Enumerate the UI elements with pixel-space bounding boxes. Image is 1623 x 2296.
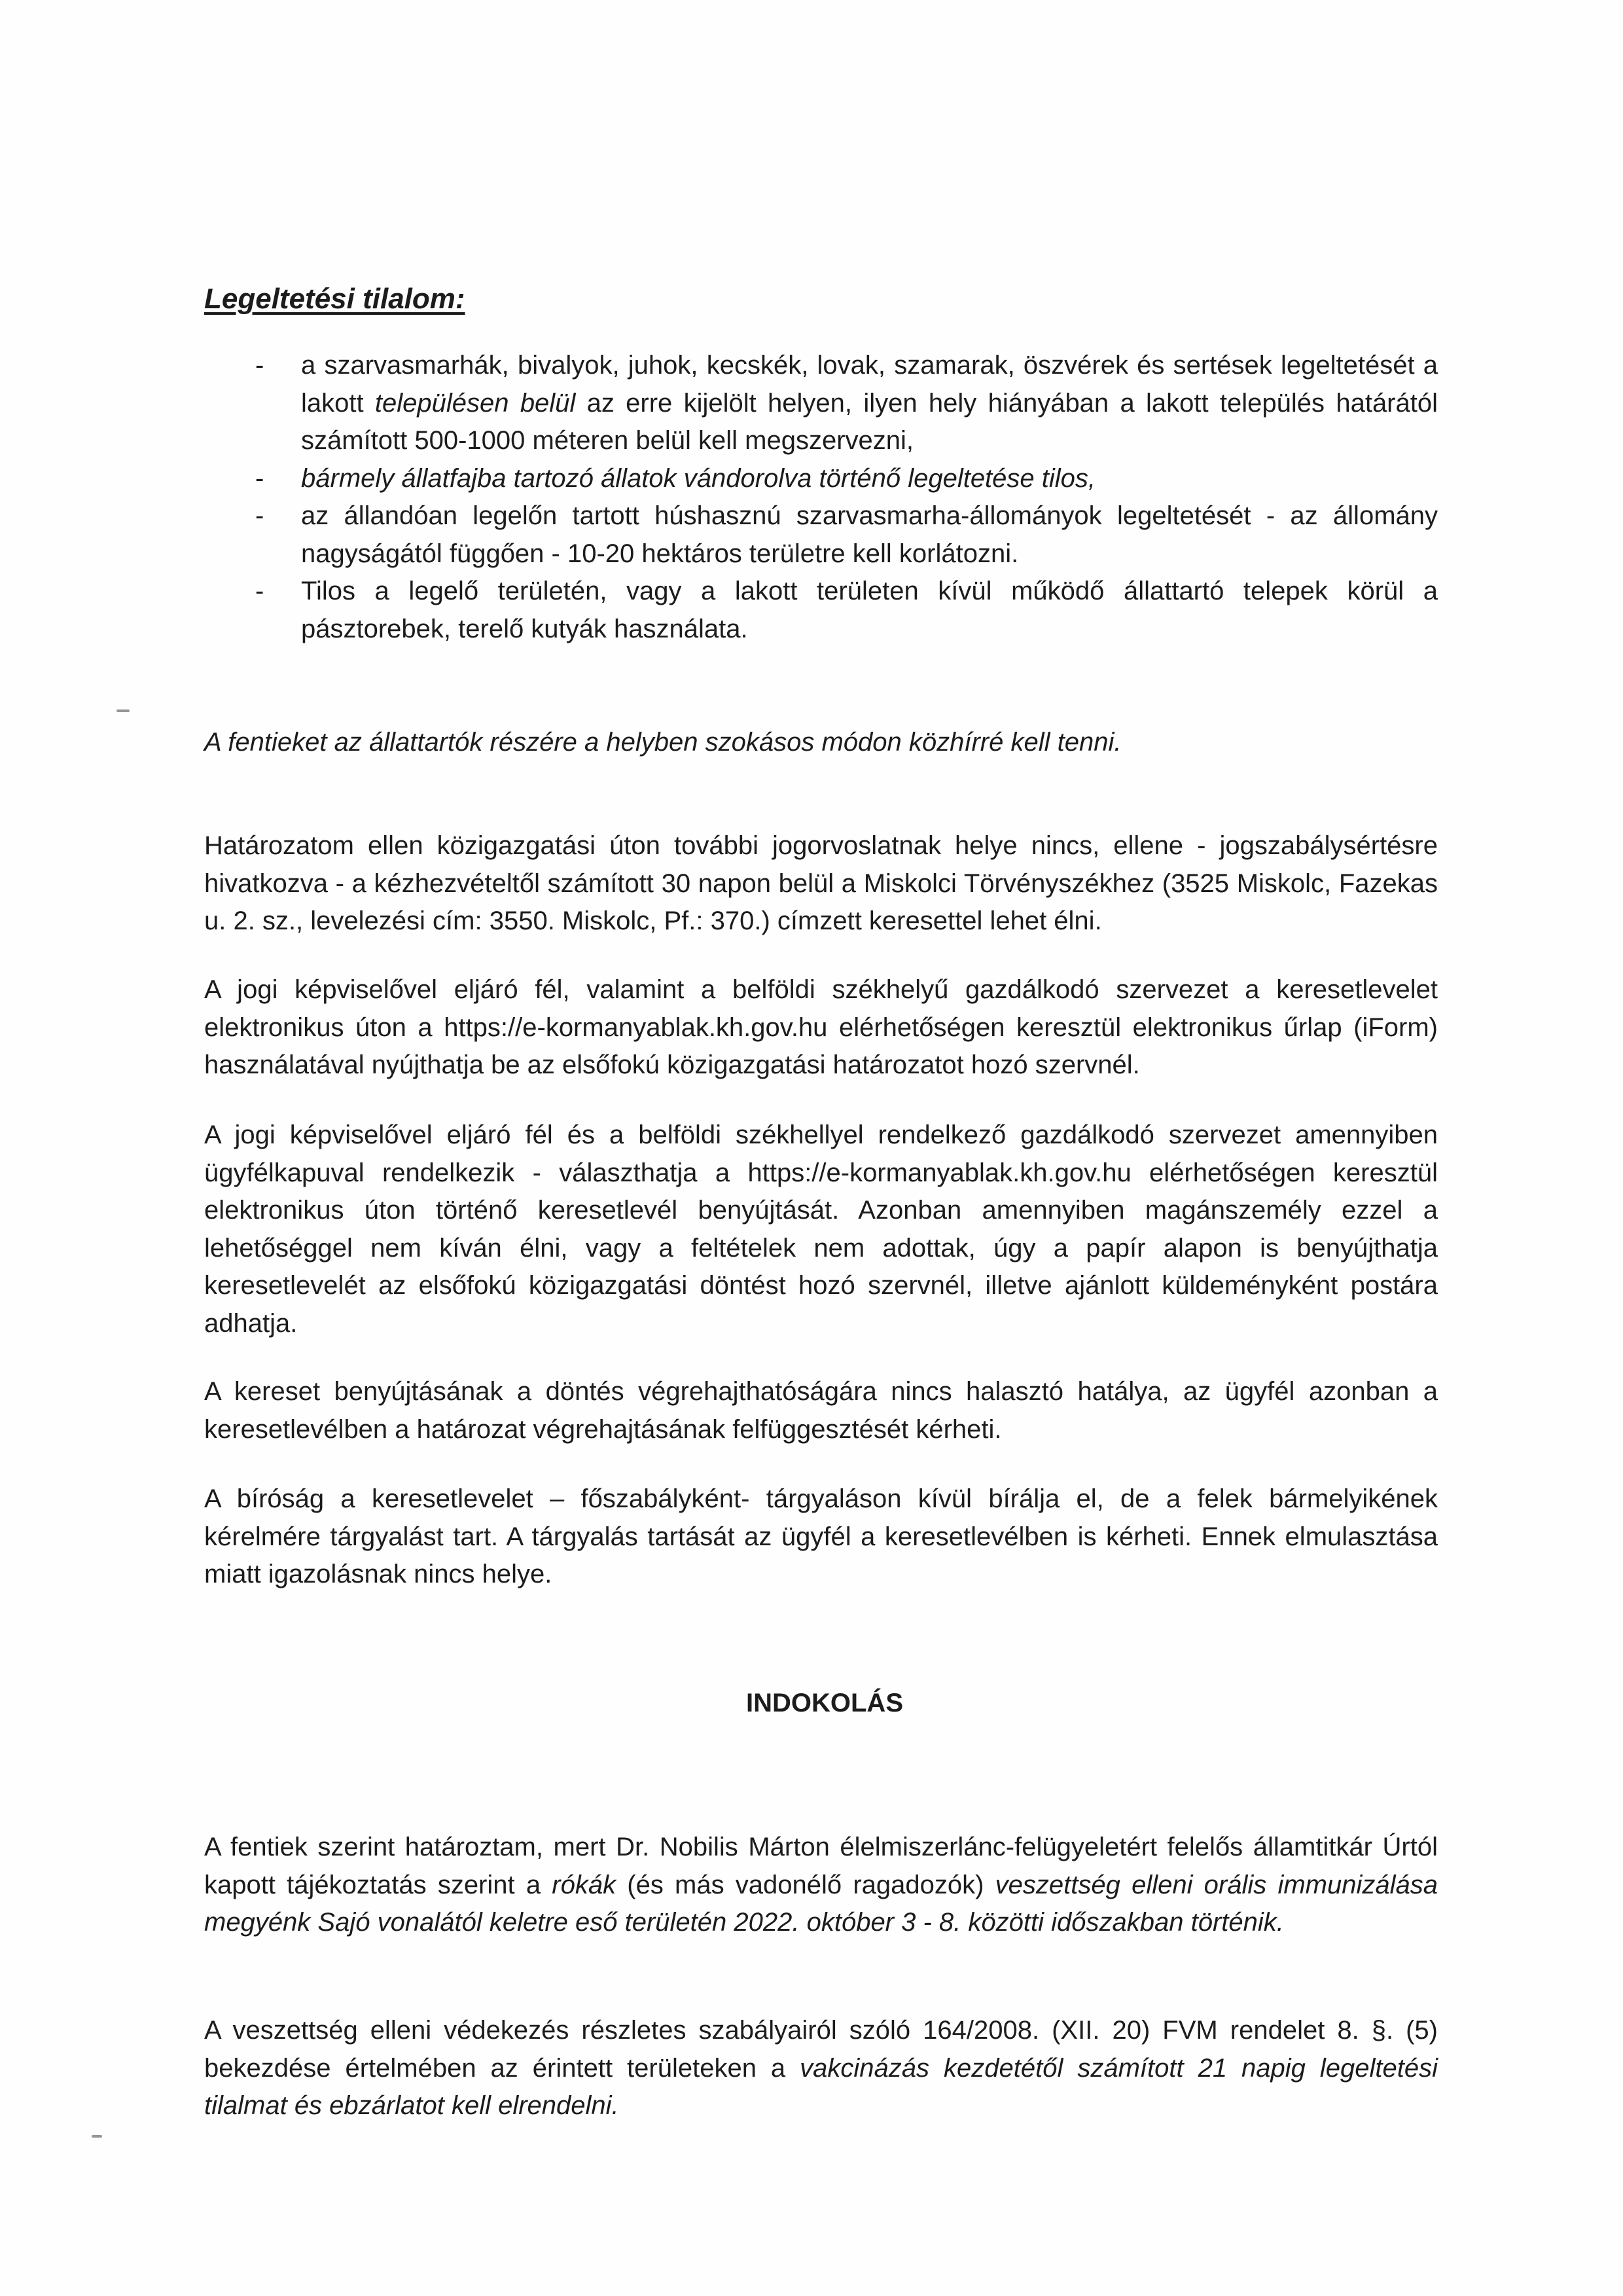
justification-paragraph-1: A fentiek szerint határoztam, mert Dr. N… xyxy=(204,1829,1438,1942)
grazing-rule-item: - az állandóan legelőn tartott húshasznú… xyxy=(204,497,1438,573)
dash-bullet-icon: - xyxy=(255,460,264,498)
client-gate-paragraph: A jogi képviselővel eljáró fél és a belf… xyxy=(204,1117,1438,1342)
grazing-rule-item: - bármely állatfajba tartozó állatok ván… xyxy=(204,460,1438,498)
dash-bullet-icon: - xyxy=(255,573,264,611)
dash-bullet-icon: - xyxy=(255,347,264,385)
electronic-filing-paragraph: A jogi képviselővel eljáró fél, valamint… xyxy=(204,971,1438,1085)
justification-paragraph-2: A veszettség elleni védekezés részletes … xyxy=(204,2012,1438,2125)
suspension-paragraph: A kereset benyújtásának a döntés végreha… xyxy=(204,1373,1438,1448)
document-page: Legeltetési tilalom: - a szarvasmarhák, … xyxy=(0,0,1623,2296)
dash-bullet-icon: - xyxy=(255,497,264,535)
scan-punch-mark xyxy=(116,709,130,712)
scan-punch-mark xyxy=(92,2135,102,2138)
grazing-rule-item: - a szarvasmarhák, bivalyok, juhok, kecs… xyxy=(204,347,1438,460)
justification-heading: INDOKOLÁS xyxy=(0,1689,1623,1718)
court-hearing-paragraph: A bíróság a keresetlevelet – főszabályké… xyxy=(204,1480,1438,1594)
legal-remedy-paragraph: Határozatom ellen közigazgatási úton tov… xyxy=(204,827,1438,941)
public-announcement: A fentieket az állattartók részére a hel… xyxy=(204,724,1438,762)
grazing-rule-item: - Tilos a legelő területén, vagy a lakot… xyxy=(204,573,1438,648)
grazing-ban-list: - a szarvasmarhák, bivalyok, juhok, kecs… xyxy=(204,347,1438,648)
grazing-ban-heading: Legeltetési tilalom: xyxy=(204,283,465,315)
